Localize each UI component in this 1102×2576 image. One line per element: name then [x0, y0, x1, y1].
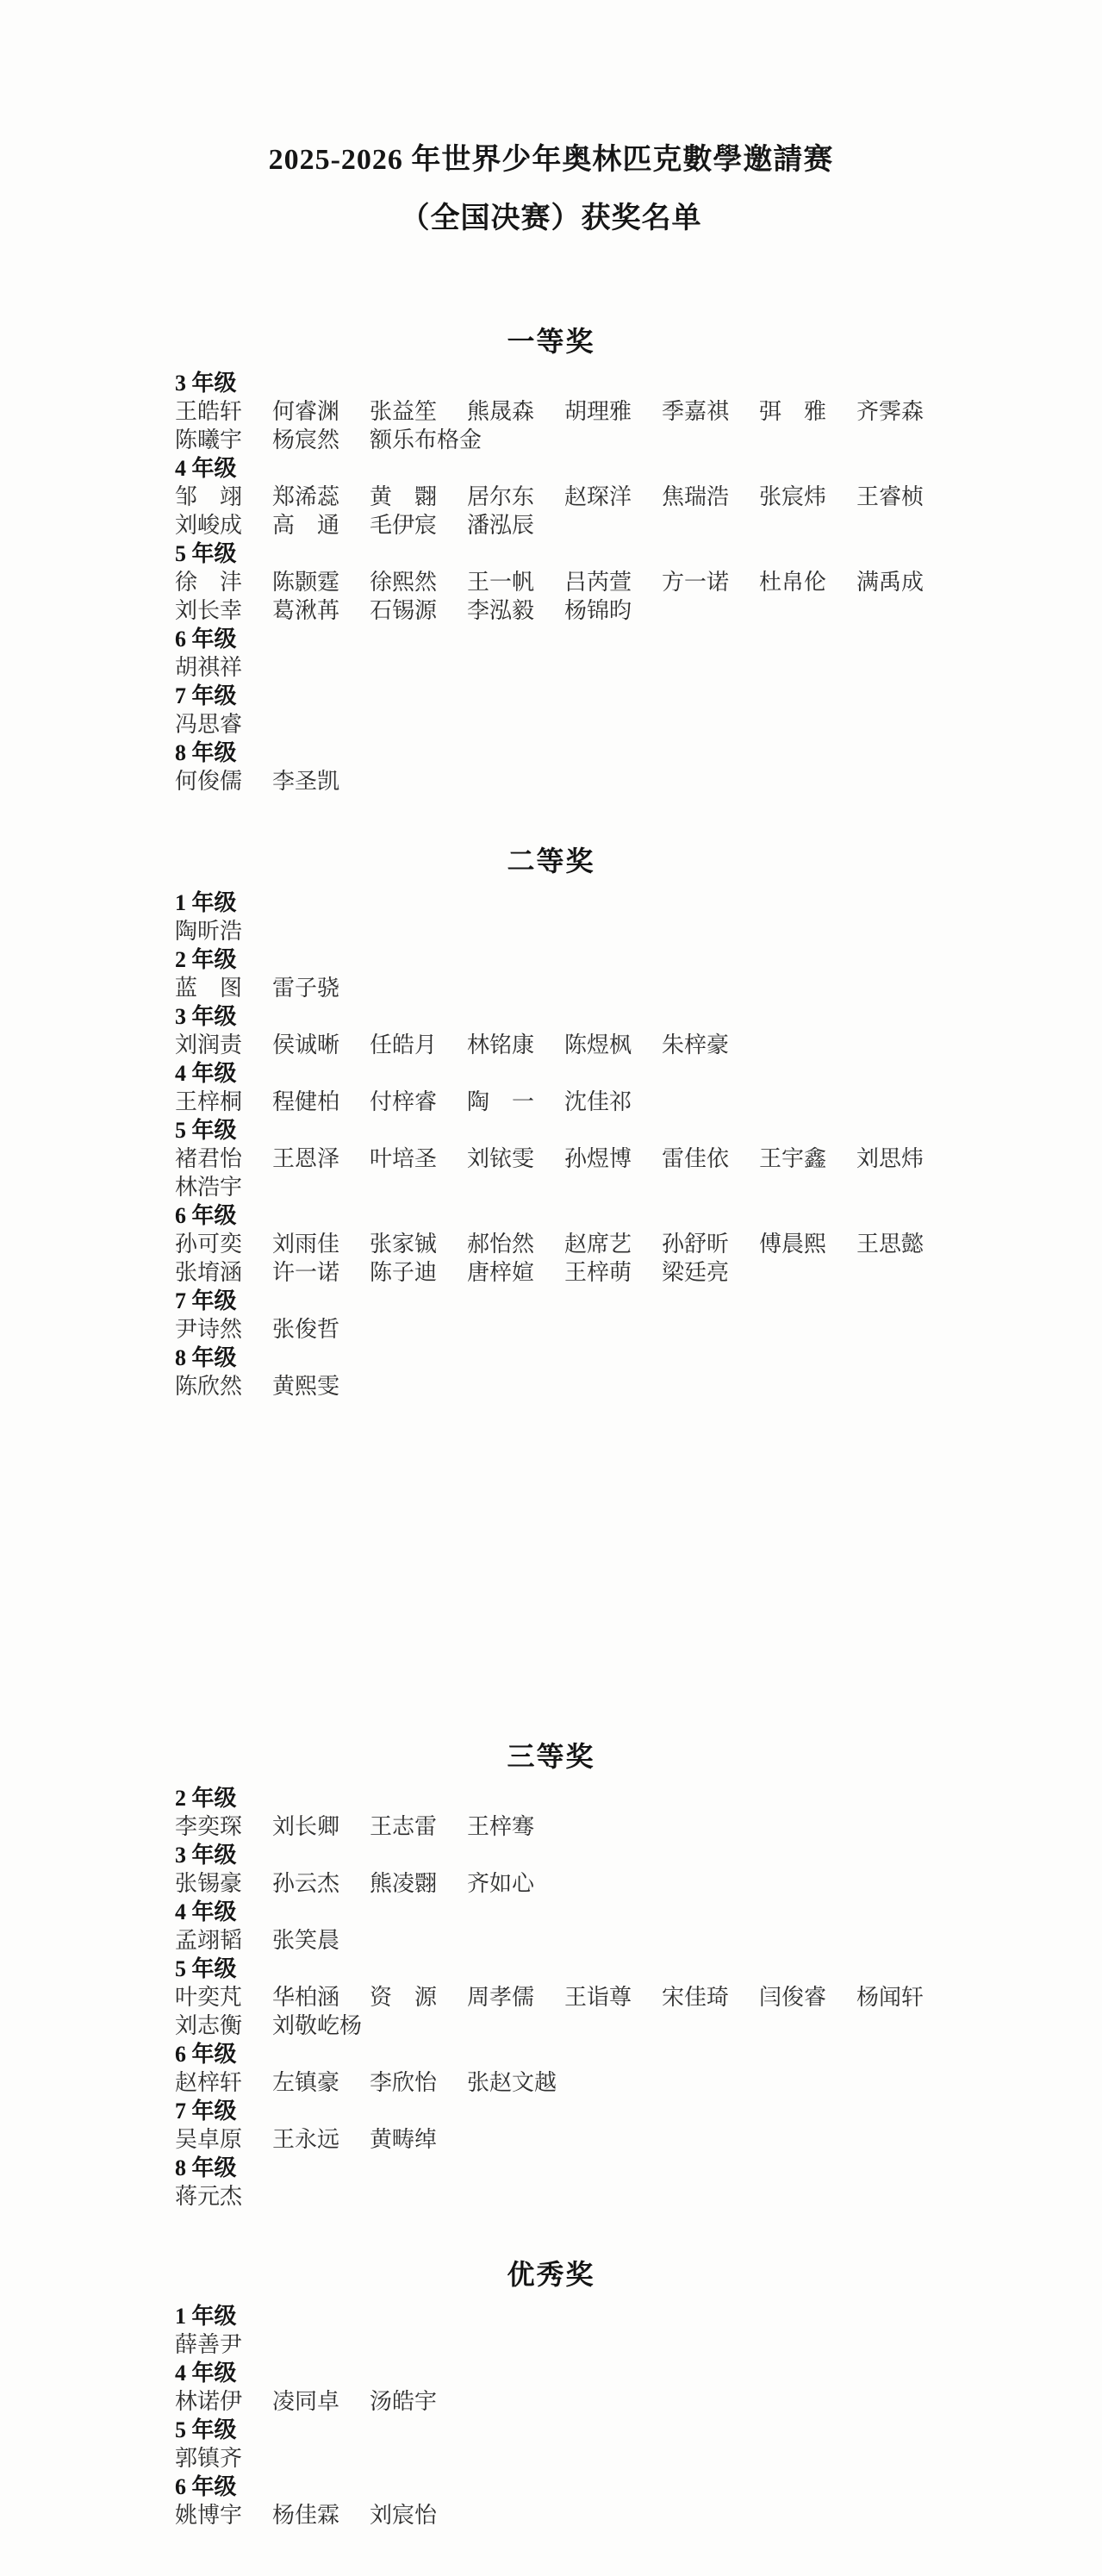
awardee-name: 黄 翾 [370, 483, 467, 511]
awardee-name: 付梓睿 [370, 1088, 467, 1116]
awardee-name: 林铭康 [467, 1031, 564, 1059]
awardee-name: 凌同卓 [272, 2387, 370, 2416]
award-section: 三等奖 2 年级李奕琛刘长卿王志雷王梓骞3 年级张锡豪孙云杰熊凌翾齐如心4 年级… [0, 1739, 1102, 2211]
awardee-name: 陶 一 [467, 1088, 564, 1116]
awardee-name: 张赵文越 [467, 2068, 564, 2097]
awardee-name: 葛湫苒 [272, 596, 370, 625]
awardee-name: 叶培圣 [370, 1145, 467, 1173]
name-row: 刘长幸葛湫苒石锡源李泓毅杨锦昀 [0, 596, 1102, 625]
grade-label: 6 年级 [0, 2040, 1102, 2068]
name-row: 蒋元杰 [0, 2182, 1102, 2211]
name-row: 李奕琛刘长卿王志雷王梓骞 [0, 1812, 1102, 1841]
awardee-name: 杨宸然 [272, 426, 370, 454]
awardee-name: 冯思睿 [175, 710, 272, 739]
awardee-name: 汤皓宇 [370, 2387, 467, 2416]
awardee-name: 杜帛伦 [759, 568, 856, 596]
awardee-name: 程健柏 [272, 1088, 370, 1116]
name-row: 郭镇齐 [0, 2444, 1102, 2473]
grade-label: 4 年级 [0, 454, 1102, 483]
awardee-name: 刘志衡 [175, 2012, 272, 2040]
grade-label: 8 年级 [0, 1344, 1102, 1372]
awardee-name: 陈子迪 [370, 1258, 467, 1287]
document-page: 2025-2026 年世界少年奥林匹克數學邀請赛 （全国决赛）获奖名单 一等奖 … [0, 0, 1102, 2576]
awardee-name: 王梓萌 [564, 1258, 662, 1287]
name-row: 姚博宇杨佳霖刘宸怡 [0, 2501, 1102, 2529]
awardee-name: 何睿渊 [272, 397, 370, 426]
grade-list: 1 年级陶昕浩2 年级蓝 图雷子骁3 年级刘润责侯诚晰任皓月林铭康陈煜枫朱梓豪4… [0, 889, 1102, 1400]
name-row: 张堉涵许一诺陈子迪唐梓媗王梓萌梁廷亮 [0, 1258, 1102, 1287]
awardee-name: 刘思炜 [856, 1145, 954, 1173]
awardee-name: 王睿桢 [856, 483, 954, 511]
name-row: 胡祺祥 [0, 653, 1102, 682]
awardee-name: 李泓毅 [467, 596, 564, 625]
awardee-name: 赵席艺 [564, 1230, 662, 1258]
awardee-name: 陈煜枫 [564, 1031, 662, 1059]
awardee-name: 傅晨熙 [759, 1230, 856, 1258]
awardee-name: 任皓月 [370, 1031, 467, 1059]
awardee-name: 尹诗然 [175, 1315, 272, 1344]
awardee-name: 方一诺 [662, 568, 759, 596]
awardee-name: 王一帆 [467, 568, 564, 596]
name-row: 叶奕芃华柏涵资 源周孝儒王诣尊宋佳琦闫俊睿杨闻轩 [0, 1983, 1102, 2012]
awardee-name: 黄畴绰 [370, 2125, 467, 2154]
awardee-name: 林诺伊 [175, 2387, 272, 2416]
awardee-name: 胡祺祥 [175, 653, 272, 682]
name-row: 尹诗然张俊哲 [0, 1315, 1102, 1344]
awardee-name: 雷佳依 [662, 1145, 759, 1173]
awardee-name: 陈曦宇 [175, 426, 272, 454]
awardee-name: 齐如心 [467, 1869, 564, 1898]
awardee-name: 王宇鑫 [759, 1145, 856, 1173]
awardee-name: 刘敬屹杨 [272, 2012, 370, 2040]
awardee-name: 赵梓轩 [175, 2068, 272, 2097]
grade-label: 5 年级 [0, 540, 1102, 568]
awardee-name: 刘雨佳 [272, 1230, 370, 1258]
awardee-name: 朱梓豪 [662, 1031, 759, 1059]
grade-label: 8 年级 [0, 739, 1102, 767]
award-section: 优秀奖 1 年级薛善尹4 年级林诺伊凌同卓汤皓宇5 年级郭镇齐6 年级姚博宇杨佳… [0, 2257, 1102, 2529]
grade-label: 7 年级 [0, 1287, 1102, 1315]
awardee-name: 张宸炜 [759, 483, 856, 511]
name-row: 刘志衡刘敬屹杨 [0, 2012, 1102, 2040]
awardee-name: 王志雷 [370, 1812, 467, 1841]
title-line-2: （全国决赛）获奖名单 [0, 202, 1102, 236]
awardee-name: 张堉涵 [175, 1258, 272, 1287]
awardee-name: 吕芮萱 [564, 568, 662, 596]
awardee-name: 华柏涵 [272, 1983, 370, 2012]
awardee-name: 刘长卿 [272, 1812, 370, 1841]
awardee-name: 高 通 [272, 511, 370, 540]
awardee-name: 雷子骁 [272, 974, 370, 1002]
awardee-name: 刘宸怡 [370, 2501, 467, 2529]
awardee-name: 王诣尊 [564, 1983, 662, 2012]
awardee-name: 张俊哲 [272, 1315, 370, 1344]
awardee-name: 褚君怡 [175, 1145, 272, 1173]
awardee-name: 杨闻轩 [856, 1983, 954, 2012]
awardee-name: 李圣凯 [272, 767, 370, 795]
award-section: 二等奖 1 年级陶昕浩2 年级蓝 图雷子骁3 年级刘润责侯诚晰任皓月林铭康陈煜枫… [0, 844, 1102, 1400]
grade-label: 7 年级 [0, 2097, 1102, 2125]
grade-list: 1 年级薛善尹4 年级林诺伊凌同卓汤皓宇5 年级郭镇齐6 年级姚博宇杨佳霖刘宸怡 [0, 2302, 1102, 2529]
grade-label: 3 年级 [0, 369, 1102, 397]
awardee-name: 潘泓辰 [467, 511, 564, 540]
name-row: 林浩宇 [0, 1173, 1102, 1201]
awardee-name: 焦瑞浩 [662, 483, 759, 511]
name-row: 冯思睿 [0, 710, 1102, 739]
awardee-name: 陈欣然 [175, 1372, 272, 1400]
name-row: 何俊儒李圣凯 [0, 767, 1102, 795]
section-title: 三等奖 [0, 1739, 1102, 1774]
name-row: 刘润责侯诚晰任皓月林铭康陈煜枫朱梓豪 [0, 1031, 1102, 1059]
awardee-name: 闫俊睿 [759, 1983, 856, 2012]
name-row: 林诺伊凌同卓汤皓宇 [0, 2387, 1102, 2416]
grade-label: 4 年级 [0, 1059, 1102, 1088]
awardee-name: 邹 翊 [175, 483, 272, 511]
awardee-name: 左镇豪 [272, 2068, 370, 2097]
name-row: 邹 翊郑浠蕊黄 翾居尔东赵琛洋焦瑞浩张宸炜王睿桢 [0, 483, 1102, 511]
awardee-name: 黄熙雯 [272, 1372, 370, 1400]
grade-list: 3 年级王皓轩何睿渊张益笙熊晟森胡理雅季嘉祺弭 雅齐霁森陈曦宇杨宸然额乐布格金4… [0, 369, 1102, 795]
name-row: 徐 沣陈颢霆徐熙然王一帆吕芮萱方一诺杜帛伦满禹成 [0, 568, 1102, 596]
awardee-name: 陈颢霆 [272, 568, 370, 596]
awardee-name: 王梓桐 [175, 1088, 272, 1116]
awardee-name: 许一诺 [272, 1258, 370, 1287]
name-row: 王皓轩何睿渊张益笙熊晟森胡理雅季嘉祺弭 雅齐霁森 [0, 397, 1102, 426]
awardee-name: 刘铱雯 [467, 1145, 564, 1173]
awardee-name: 王皓轩 [175, 397, 272, 426]
section-title: 一等奖 [0, 324, 1102, 359]
awardee-name: 毛伊宸 [370, 511, 467, 540]
awardee-name: 杨佳霖 [272, 2501, 370, 2529]
awardee-name: 姚博宇 [175, 2501, 272, 2529]
grade-label: 5 年级 [0, 1955, 1102, 1983]
awardee-name: 刘峻成 [175, 511, 272, 540]
awardee-name: 刘长幸 [175, 596, 272, 625]
awardee-name: 杨锦昀 [564, 596, 662, 625]
awardee-name: 孟翊韬 [175, 1926, 272, 1955]
name-row: 吴卓原王永远黄畴绰 [0, 2125, 1102, 2154]
awardee-name: 孙云杰 [272, 1869, 370, 1898]
awardee-name: 王思懿 [856, 1230, 954, 1258]
awardee-name: 居尔东 [467, 483, 564, 511]
awardee-name: 刘润责 [175, 1031, 272, 1059]
awardee-name: 林浩宇 [175, 1173, 272, 1201]
awardee-name: 孙可奕 [175, 1230, 272, 1258]
awardee-name: 郭镇齐 [175, 2444, 272, 2473]
awardee-name: 蒋元杰 [175, 2182, 272, 2211]
section-title: 二等奖 [0, 844, 1102, 878]
awardee-name: 郑浠蕊 [272, 483, 370, 511]
awardee-name: 张锡豪 [175, 1869, 272, 1898]
awardee-name: 李奕琛 [175, 1812, 272, 1841]
section-title: 优秀奖 [0, 2257, 1102, 2292]
awardee-name: 满禹成 [856, 568, 954, 596]
title-line-1: 2025-2026 年世界少年奥林匹克數學邀請赛 [0, 143, 1102, 178]
name-row: 孙可奕刘雨佳张家铖郝怡然赵席艺孙舒昕傅晨熙王思懿 [0, 1230, 1102, 1258]
awardee-name: 陶昕浩 [175, 917, 272, 945]
awardee-name: 吴卓原 [175, 2125, 272, 2154]
name-row: 赵梓轩左镇豪李欣怡张赵文越 [0, 2068, 1102, 2097]
grade-label: 2 年级 [0, 1784, 1102, 1812]
awardee-name: 熊晟森 [467, 397, 564, 426]
awardee-name: 蓝 图 [175, 974, 272, 1002]
name-row: 张锡豪孙云杰熊凌翾齐如心 [0, 1869, 1102, 1898]
awardee-name: 王永远 [272, 2125, 370, 2154]
grade-label: 2 年级 [0, 945, 1102, 974]
name-row: 孟翊韬张笑晨 [0, 1926, 1102, 1955]
awardee-name: 张益笙 [370, 397, 467, 426]
awardee-name: 周孝儒 [467, 1983, 564, 2012]
grade-label: 6 年级 [0, 625, 1102, 653]
awardee-name: 侯诚晰 [272, 1031, 370, 1059]
name-row: 薛善尹 [0, 2330, 1102, 2359]
awardee-name: 齐霁森 [856, 397, 954, 426]
awardee-name: 王恩泽 [272, 1145, 370, 1173]
awardee-name: 徐 沣 [175, 568, 272, 596]
document-title: 2025-2026 年世界少年奥林匹克數學邀請赛 （全国决赛）获奖名单 [0, 143, 1102, 236]
awardee-name: 宋佳琦 [662, 1983, 759, 2012]
grade-label: 7 年级 [0, 682, 1102, 710]
grade-label: 1 年级 [0, 889, 1102, 917]
awardee-name: 额乐布格金 [370, 426, 467, 454]
awardee-name: 薛善尹 [175, 2330, 272, 2359]
awardee-name: 熊凌翾 [370, 1869, 467, 1898]
awardee-name: 郝怡然 [467, 1230, 564, 1258]
name-row: 褚君怡王恩泽叶培圣刘铱雯孙煜博雷佳依王宇鑫刘思炜 [0, 1145, 1102, 1173]
name-row: 刘峻成高 通毛伊宸潘泓辰 [0, 511, 1102, 540]
awardee-name: 孙煜博 [564, 1145, 662, 1173]
awardee-name: 李欣怡 [370, 2068, 467, 2097]
awardee-name: 胡理雅 [564, 397, 662, 426]
awardee-name: 王梓骞 [467, 1812, 564, 1841]
grade-label: 6 年级 [0, 2473, 1102, 2501]
awardee-name: 唐梓媗 [467, 1258, 564, 1287]
grade-label: 3 年级 [0, 1841, 1102, 1869]
awardee-name: 何俊儒 [175, 767, 272, 795]
grade-label: 1 年级 [0, 2302, 1102, 2330]
awardee-name: 石锡源 [370, 596, 467, 625]
awardee-name: 叶奕芃 [175, 1983, 272, 2012]
award-section: 一等奖 3 年级王皓轩何睿渊张益笙熊晟森胡理雅季嘉祺弭 雅齐霁森陈曦宇杨宸然额乐… [0, 324, 1102, 795]
awardee-name: 季嘉祺 [662, 397, 759, 426]
grade-label: 8 年级 [0, 2154, 1102, 2182]
awardee-name: 资 源 [370, 1983, 467, 2012]
awardee-name: 孙舒昕 [662, 1230, 759, 1258]
awardee-name: 张笑晨 [272, 1926, 370, 1955]
name-row: 蓝 图雷子骁 [0, 974, 1102, 1002]
grade-list: 2 年级李奕琛刘长卿王志雷王梓骞3 年级张锡豪孙云杰熊凌翾齐如心4 年级孟翊韬张… [0, 1784, 1102, 2211]
name-row: 王梓桐程健柏付梓睿陶 一沈佳祁 [0, 1088, 1102, 1116]
name-row: 陈曦宇杨宸然额乐布格金 [0, 426, 1102, 454]
grade-label: 5 年级 [0, 1116, 1102, 1145]
grade-label: 4 年级 [0, 1898, 1102, 1926]
grade-label: 5 年级 [0, 2416, 1102, 2444]
awardee-name: 沈佳祁 [564, 1088, 662, 1116]
awardee-name: 弭 雅 [759, 397, 856, 426]
name-row: 陶昕浩 [0, 917, 1102, 945]
awardee-name: 徐熙然 [370, 568, 467, 596]
grade-label: 4 年级 [0, 2359, 1102, 2387]
grade-label: 6 年级 [0, 1201, 1102, 1230]
awardee-name: 张家铖 [370, 1230, 467, 1258]
name-row: 陈欣然黄熙雯 [0, 1372, 1102, 1400]
awardee-name: 赵琛洋 [564, 483, 662, 511]
awardee-name: 梁廷亮 [662, 1258, 759, 1287]
grade-label: 3 年级 [0, 1002, 1102, 1031]
